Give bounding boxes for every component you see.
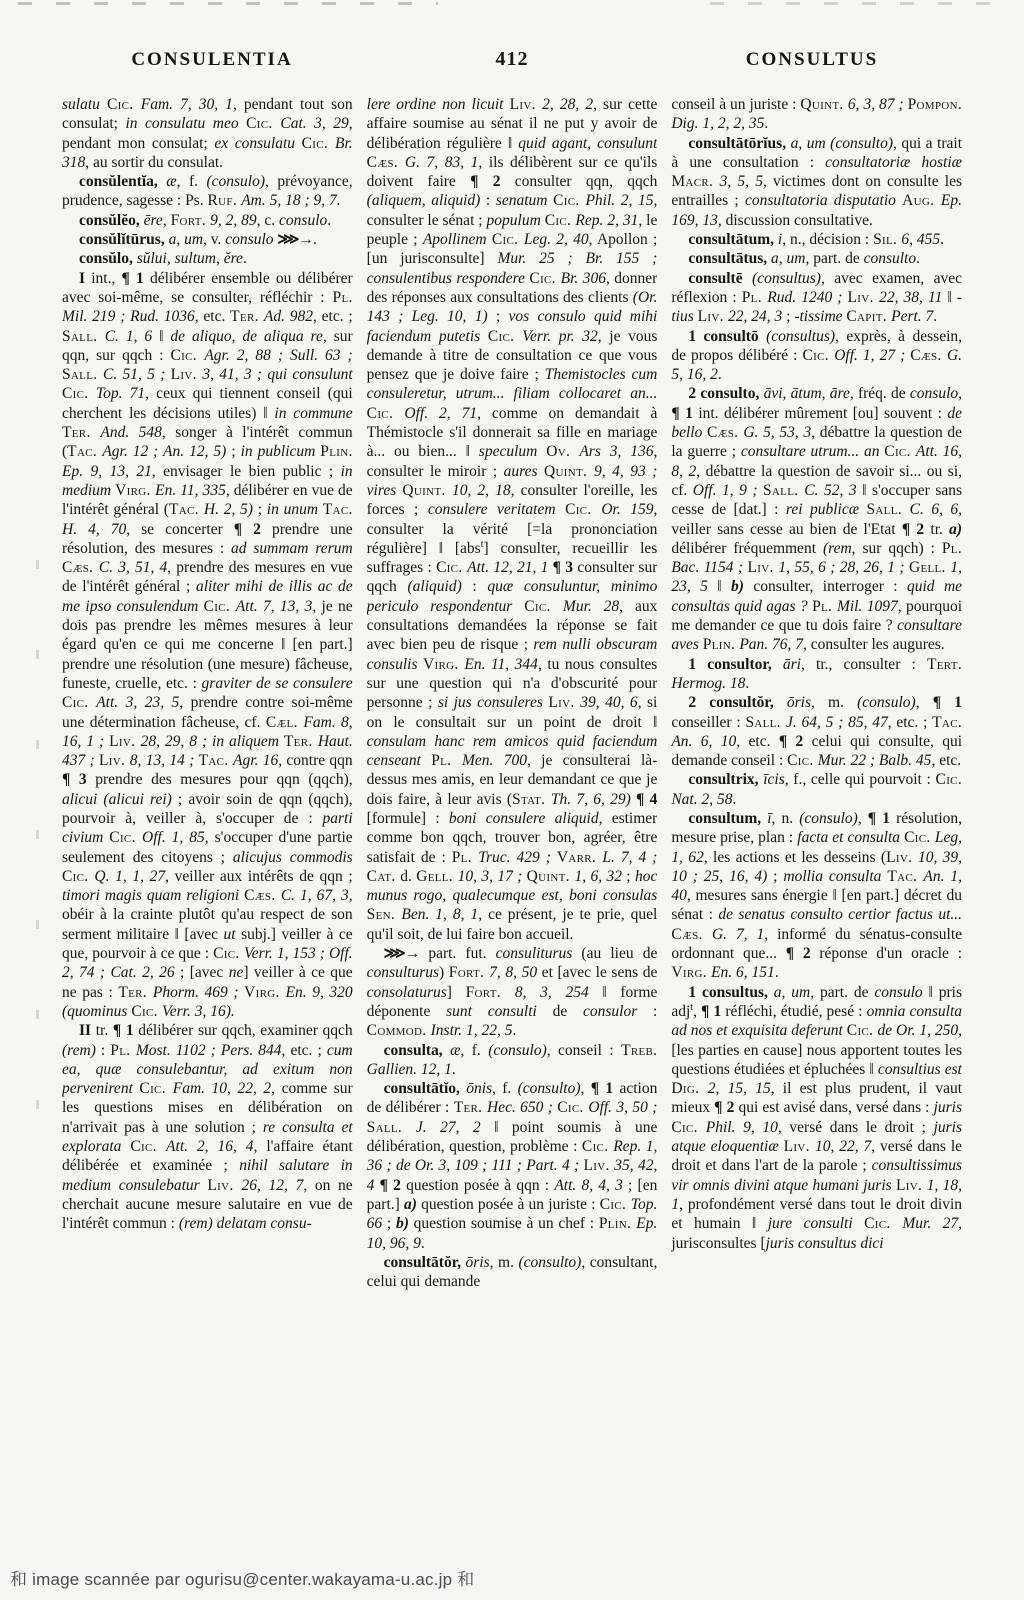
page-number: 412 — [496, 48, 529, 70]
dictionary-paragraph: 2 consultŏr, ōris, m. (consulo), ¶ 1 con… — [671, 693, 962, 770]
dictionary-paragraph: consulta, æ, f. (consulo), conseil : Tre… — [367, 1041, 658, 1080]
dictionary-paragraph: consŭlentĭa, æ, f. (consulo), prévoyance… — [62, 172, 353, 211]
scan-artifact — [710, 2, 1010, 5]
dictionary-paragraph: consŭlĭtūrus, a, um, v. consulo ⋙→. — [62, 230, 353, 249]
scan-artifact — [36, 560, 39, 1180]
dictionary-paragraph: 1 consultō (consultus), exprès, à dessei… — [671, 327, 962, 385]
dictionary-paragraph: 2 consulto, āvi, ātum, āre, fréq. de con… — [671, 384, 962, 654]
dictionary-paragraph: 1 consultor, āri, tr., consulter : Tert.… — [671, 655, 962, 694]
dictionary-paragraph: lere ordine non licuit Liv. 2, 28, 2, su… — [367, 95, 658, 944]
scanner-credit: 和 image scannée par ogurisu@center.wakay… — [10, 1565, 474, 1590]
dictionary-paragraph: consultum, ī, n. (consulo), ¶ 1 résoluti… — [671, 809, 962, 983]
dictionary-paragraph: consultātōrĭus, a, um (consulto), qui a … — [671, 134, 962, 230]
header-right-word: CONSULTUS — [746, 49, 878, 70]
text-columns: sulatu Cic. Fam. 7, 30, 1, pendant tout … — [62, 95, 962, 1545]
header-left-word: CONSULENTIA — [131, 49, 292, 70]
dictionary-paragraph: consŭlo, sŭlui, sultum, ĕre. — [62, 249, 353, 268]
dictionary-paragraph: II tr. ¶ 1 délibérer sur qqch, examiner … — [62, 1021, 353, 1233]
dictionary-paragraph: conseil à un juriste : Quint. 6, 3, 87 ;… — [671, 95, 962, 134]
dictionary-paragraph: ⋙→ part. fut. consuliturus (au lieu de c… — [367, 944, 658, 1040]
dictionary-paragraph: consultātum, i, n., décision : Sil. 6, 4… — [671, 230, 962, 249]
scan-artifact — [18, 2, 438, 5]
dictionary-paragraph: sulatu Cic. Fam. 7, 30, 1, pendant tout … — [62, 95, 353, 172]
dictionary-paragraph: consultrix, īcis, f., celle qui pourvoit… — [671, 770, 962, 809]
column-2: lere ordine non licuit Liv. 2, 28, 2, su… — [367, 95, 658, 1545]
scanned-dictionary-page: CONSULENTIA 412 CONSULTUS sulatu Cic. Fa… — [0, 0, 1024, 1600]
dictionary-paragraph: consŭlĕo, ēre, Fort. 9, 2, 89, c. consul… — [62, 211, 353, 230]
dictionary-paragraph: I int., ¶ 1 délibérer ensemble ou délibé… — [62, 269, 353, 1022]
dictionary-paragraph: 1 consultus, a, um, part. de consulo ‖ p… — [671, 983, 962, 1253]
dictionary-paragraph: consultātĭo, ōnis, f. (consulto), ¶ 1 ac… — [367, 1079, 658, 1253]
column-3: conseil à un juriste : Quint. 6, 3, 87 ;… — [671, 95, 962, 1545]
running-header: CONSULENTIA 412 CONSULTUS — [62, 48, 962, 71]
dictionary-paragraph: consultātus, a, um, part. de consulto. — [671, 249, 962, 268]
dictionary-paragraph: consultātŏr, ōris, m. (consulto), consul… — [367, 1253, 658, 1292]
dictionary-paragraph: consultē (consultus), avec examen, avec … — [671, 269, 962, 327]
column-1: sulatu Cic. Fam. 7, 30, 1, pendant tout … — [62, 95, 353, 1545]
